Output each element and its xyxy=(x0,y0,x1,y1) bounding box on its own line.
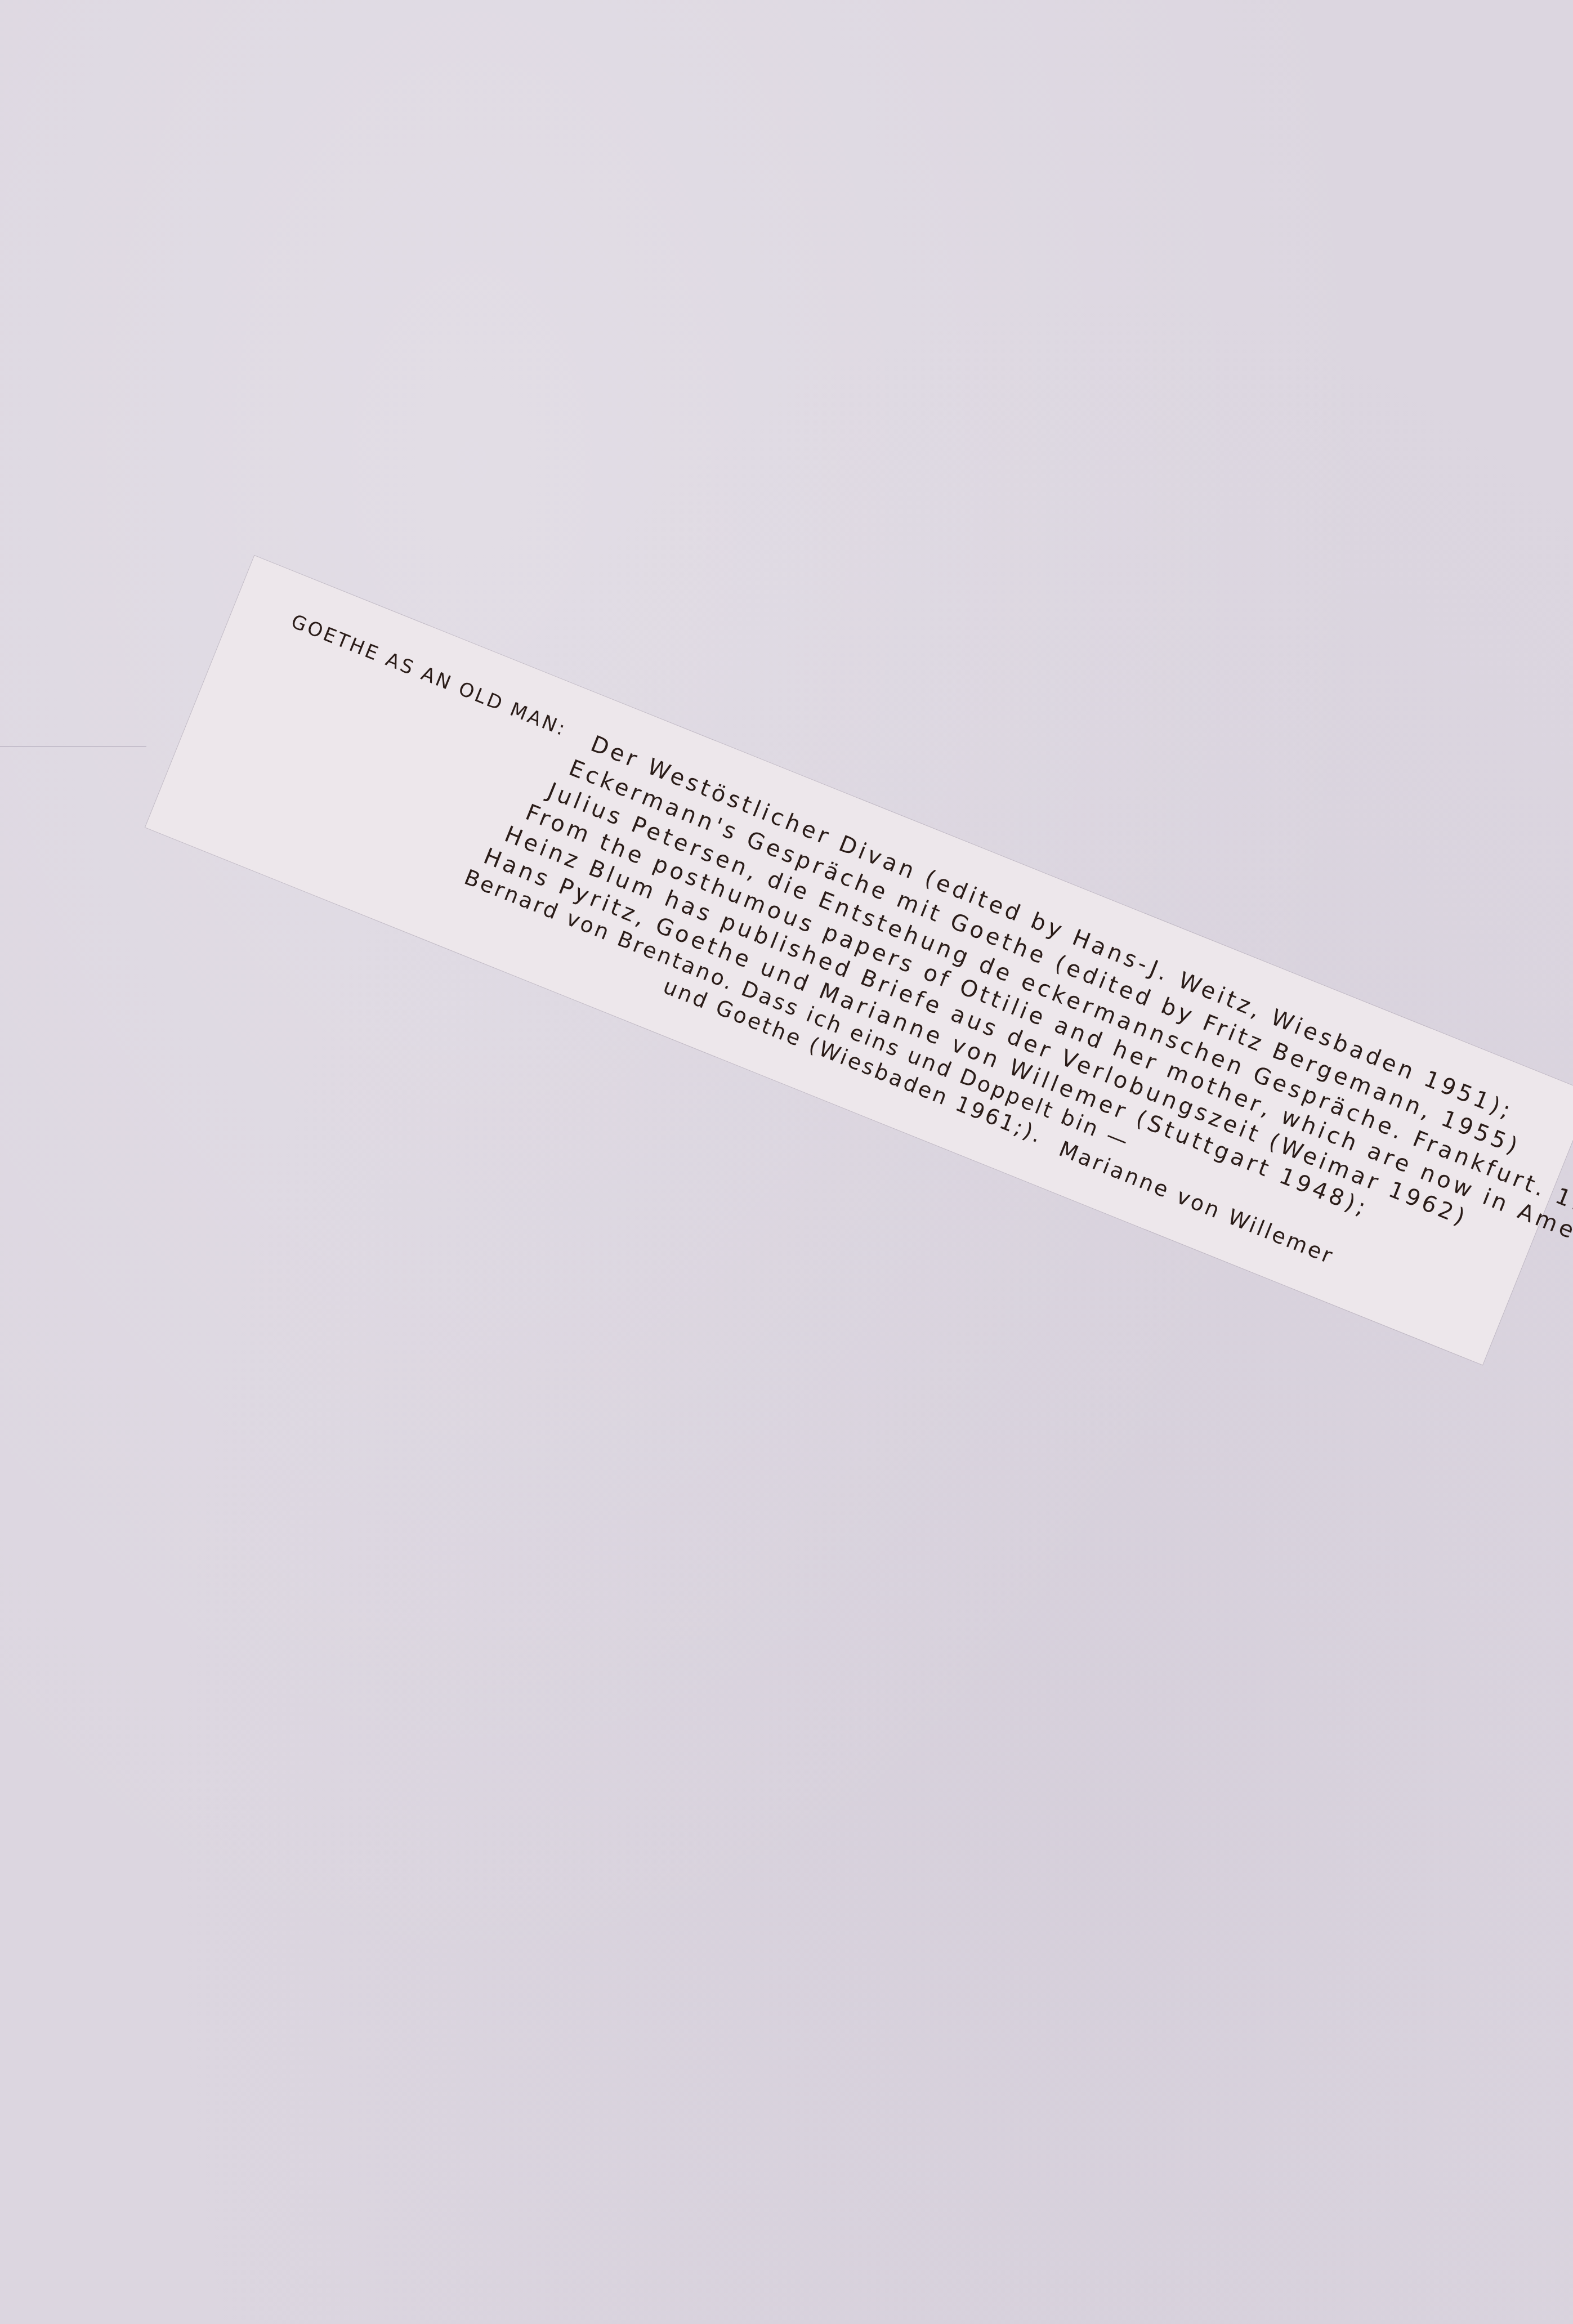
note-heading: GOETHE AS AN OLD MAN: xyxy=(288,610,570,741)
document-page: GOETHE AS AN OLD MAN: Der Westöstlicher … xyxy=(0,0,1573,2324)
paper-fold-crease xyxy=(0,746,146,747)
handwritten-note-slip: GOETHE AS AN OLD MAN: Der Westöstlicher … xyxy=(145,556,1573,1365)
